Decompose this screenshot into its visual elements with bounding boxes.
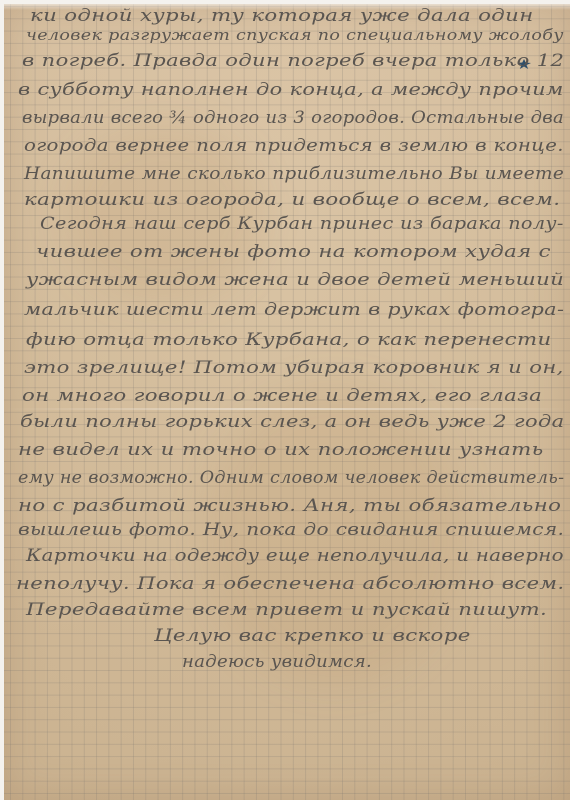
letter-line: Карточки на одежду еще неполучила, и нав… [26, 546, 564, 566]
letter-line: вырвали всего ¾ одного из 3 огородов. Ос… [22, 108, 564, 128]
letter-line: человек разгружает спуская по специально… [26, 26, 564, 44]
letter-line: мальчик шести лет держит в руках фотогра… [24, 300, 564, 320]
letter-line: не видел их и точно о их положении узнат… [18, 440, 544, 460]
letter-line: чившее от жены фото на котором худая с [36, 242, 551, 262]
letter-line: были полны горьких слез, а он ведь уже 2… [20, 412, 565, 432]
letter-line: Напишите мне сколько приблизительно Вы и… [24, 164, 564, 184]
letter-line: в погреб. Правда один погреб вчера тольк… [22, 51, 564, 71]
letter-closing-line: надеюсь увидимся. [182, 652, 372, 672]
letter-line: он много говорил о жене и детях, его гла… [22, 386, 542, 406]
letter-line: это зрелище! Потом убирая коровник я и о… [24, 358, 564, 378]
letter-line: в субботу наполнен до конца, а между про… [18, 80, 564, 100]
letter-line: ужасным видом жена и двое детей меньший [26, 270, 564, 290]
letter-line: ки одной хуры, ту которая уже дала один [30, 6, 534, 26]
letter-line: огорода вернее поля придеться в землю в … [24, 136, 564, 156]
fold-crease [4, 408, 570, 410]
letter-line: но с разбитой жизнью. Аня, ты обязательн… [18, 496, 561, 516]
letter-line: Передавайте всем привет и пускай пишут. [26, 600, 547, 620]
letter-line: Сегодня наш серб Курбан принес из барака… [40, 214, 564, 234]
letter-line: фию отца только Курбана, о как перенести [26, 330, 552, 350]
letter-line: ему не возможно. Одним словом человек де… [18, 468, 564, 488]
letter-line: неполучу. Пока я обеспечена абсолютно вс… [16, 574, 564, 594]
letter-closing-line: Целую вас крепко и вскоре [154, 626, 471, 646]
letter-line: картошки из огорода, и вообще о всем, вс… [24, 190, 560, 210]
letter-page: ки одной хуры, ту которая уже дала один … [4, 4, 570, 800]
letter-line: вышлешь фото. Ну, пока до свидания спише… [18, 520, 564, 540]
